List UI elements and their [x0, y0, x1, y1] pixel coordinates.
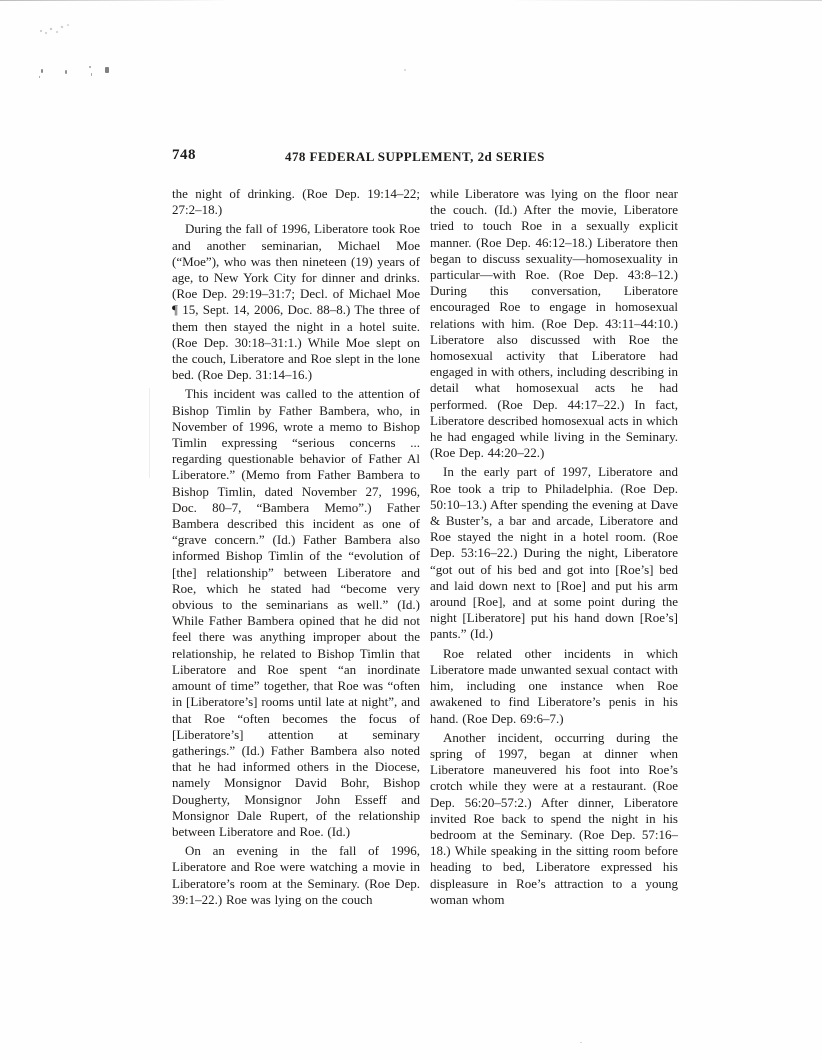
scanned-document-page: 748 478 FEDERAL SUPPLEMENT, 2d SERIES th…: [0, 0, 822, 1060]
right-column: while Liberatore was lying on the floor …: [430, 186, 678, 911]
body-paragraph: Roe related other incidents in which Lib…: [430, 646, 678, 727]
body-paragraph: During the fall of 1996, Liberatore took…: [172, 221, 420, 383]
body-text: the night of drinking. (Roe Dep. 19:14–2…: [172, 186, 678, 911]
body-paragraph: In the early part of 1997, Liberatore an…: [430, 464, 678, 642]
body-paragraph: Another incident, occurring during the s…: [430, 730, 678, 908]
scan-artifact-squiggle: [38, 23, 72, 35]
scan-artifact-speck: [65, 70, 67, 74]
scan-artifact-speck: [89, 66, 91, 68]
page-number: 748: [172, 147, 196, 164]
page-header: 748 478 FEDERAL SUPPLEMENT, 2d SERIES: [172, 147, 678, 167]
scan-artifact-speck: [404, 69, 406, 71]
body-paragraph: This incident was called to the attentio…: [172, 386, 420, 840]
scan-artifact-speck: [39, 76, 40, 78]
body-paragraph: On an evening in the fall of 1996, Liber…: [172, 843, 420, 908]
scan-artifact-speck: [41, 69, 43, 73]
scan-artifact-margin-line: [149, 388, 150, 478]
running-title: 478 FEDERAL SUPPLEMENT, 2d SERIES: [285, 149, 545, 165]
scan-artifact-speck: [91, 73, 92, 76]
body-paragraph: the night of drinking. (Roe Dep. 19:14–2…: [172, 186, 420, 218]
scan-artifact-speck: [580, 1042, 582, 1043]
scan-artifact-speck: [105, 67, 109, 73]
scan-edge-line: [0, 0, 822, 1]
body-paragraph: while Liberatore was lying on the floor …: [430, 186, 678, 461]
left-column: the night of drinking. (Roe Dep. 19:14–2…: [172, 186, 420, 911]
